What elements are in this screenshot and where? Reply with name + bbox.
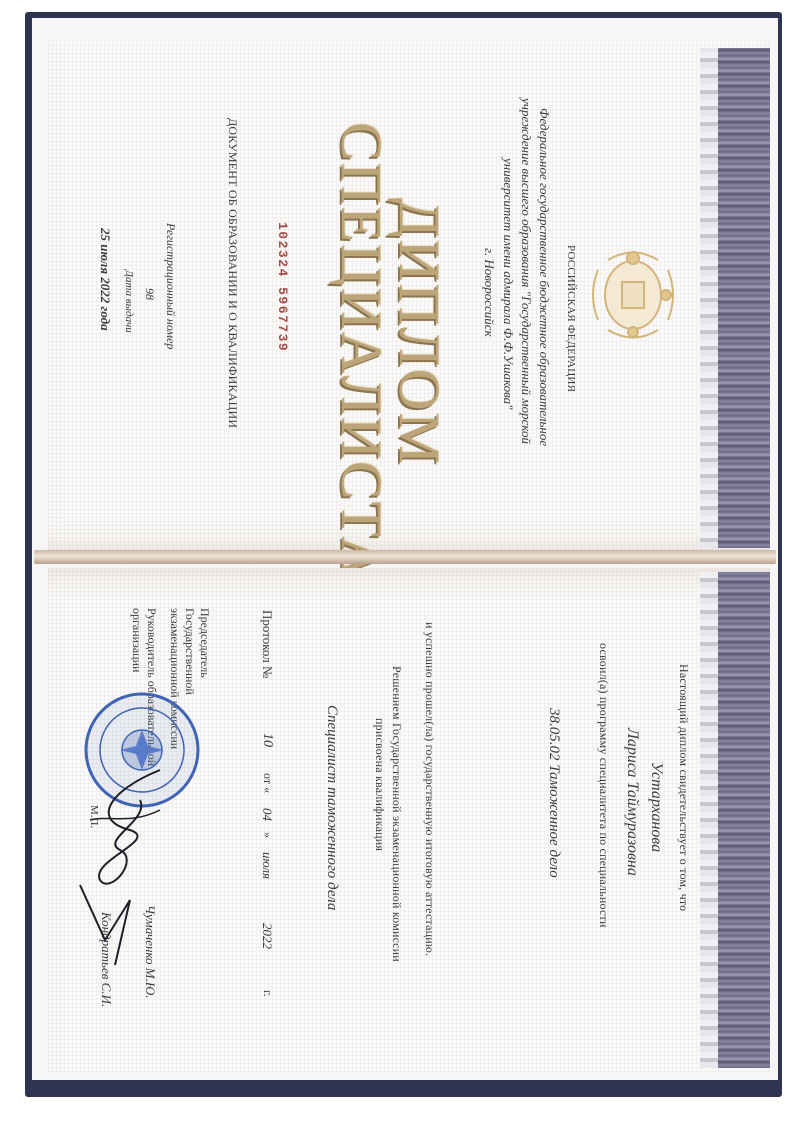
commission-text: Решением Государственной экзаменационной…	[389, 666, 404, 962]
program-line: освоил(а) программу специалитета по спец…	[596, 643, 611, 928]
decorative-border-band	[718, 48, 770, 548]
registration-number: 98	[142, 288, 157, 300]
commission-text-2: присвоена квалификация	[372, 718, 387, 851]
institution-city: г. Новороссийск	[481, 248, 497, 337]
country-name: РОССИЙСКАЯ ФЕДЕРАЦИЯ	[565, 245, 577, 392]
issue-date: 25 июля 2022 года	[97, 228, 113, 331]
attestation-text: и успешно прошел(ла) государственную ито…	[422, 622, 437, 956]
specialty: 38.05.02 Таможенное дело	[545, 708, 562, 878]
protocol-day: 04	[259, 808, 275, 821]
chair-label-2: Государственной	[182, 608, 197, 695]
qualification: Специалист таможенного дела	[323, 705, 340, 910]
graduate-given-names: Лариса Таймуразовна	[623, 728, 641, 876]
chair-name: Чумаченко М.Ю.	[142, 905, 158, 999]
protocol-from: от «	[260, 773, 275, 793]
serial-number: 102324 5967739	[275, 222, 290, 352]
graduate-surname: Устарханова	[647, 762, 665, 852]
institution-line-2: учреждение высшего образования "Государс…	[518, 98, 534, 444]
head-label-2: организации	[129, 608, 144, 672]
decorative-border-band	[718, 572, 770, 1068]
protocol-year: 2022	[259, 923, 275, 949]
signature-icon	[75, 880, 135, 970]
russian-coat-of-arms-icon	[578, 240, 688, 350]
intro-text: Настоящий диплом свидетельствует о том, …	[676, 664, 691, 911]
institution-line-3: университет имени адмирала Ф.Ф.Ушакова"	[500, 158, 516, 410]
institution-line-1: Федеральное государственное бюджетное об…	[536, 108, 552, 446]
registration-label: Регистрационный номер	[163, 223, 178, 349]
issue-date-label: Дата выдачи	[123, 270, 135, 333]
protocol-year-suffix: г.	[260, 990, 275, 997]
signature-icon	[70, 760, 180, 900]
diploma-title-line-1: ДИПЛОМ	[390, 198, 448, 466]
protocol-quote: »	[260, 832, 275, 838]
protocol-label: Протокол №	[259, 610, 275, 678]
protocol-month: июля	[259, 852, 275, 879]
document-kind: ДОКУМЕНТ ОБ ОБРАЗОВАНИИ И О КВАЛИФИКАЦИИ	[225, 118, 240, 428]
protocol-number: 10	[259, 733, 275, 747]
chair-label-1: Председатель	[197, 608, 212, 678]
diploma-title-line-2: СПЕЦИАЛИСТА	[332, 122, 390, 580]
diploma-spine	[34, 550, 776, 564]
